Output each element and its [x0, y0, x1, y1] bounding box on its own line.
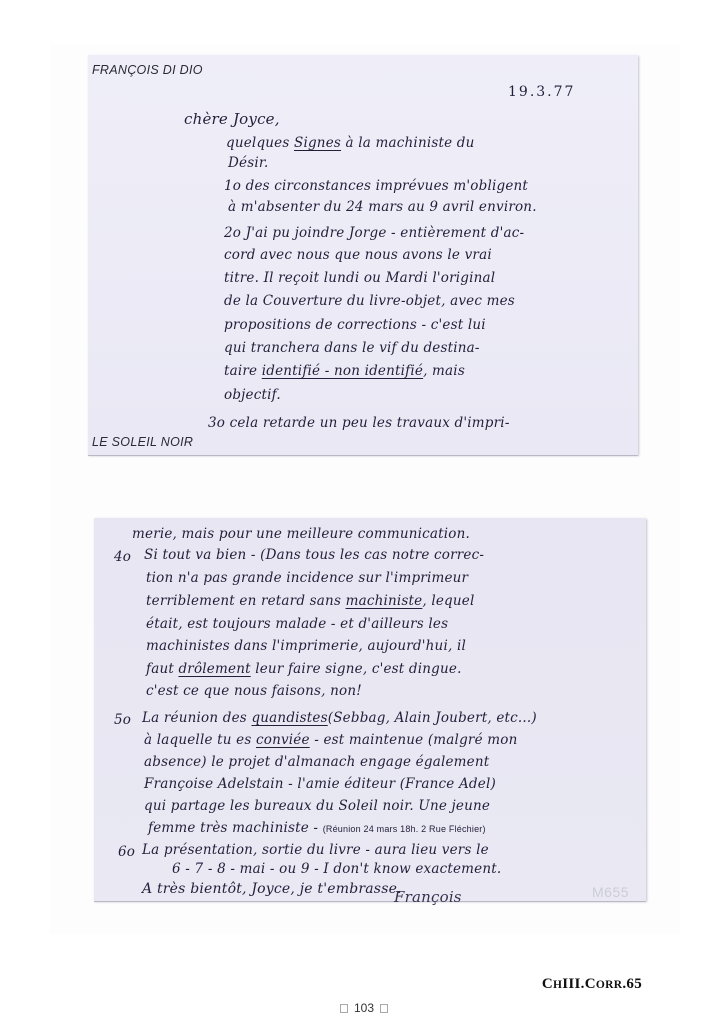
letter-line: La réunion des quandistes(Sebbag, Alain …	[142, 712, 537, 726]
item-number: 4o	[114, 551, 131, 565]
letter-line: qui partage les bureaux du Soleil noir. …	[144, 800, 490, 814]
underlined-word: conviée	[256, 732, 310, 748]
letter-line: Désir.	[228, 157, 269, 171]
letter-line: à m'absenter du 24 mars au 9 avril envir…	[228, 201, 537, 215]
letterhead-publisher: LE SOLEIL NOIR	[92, 435, 193, 449]
underlined-word: machiniste	[346, 593, 423, 609]
letter-line: 6 - 7 - 8 - mai - ou 9 - I don't know ex…	[172, 863, 501, 877]
letter-line: taire identifié - non identifié, mais	[224, 365, 465, 379]
meeting-note: (Réunion 24 mars 18h. 2 Rue Fléchier)	[323, 824, 486, 834]
letter-line: tion n'a pas grande incidence sur l'impr…	[146, 572, 468, 586]
signature: François	[394, 890, 462, 905]
letter-line: femme très machiniste - (Réunion 24 mars…	[148, 822, 486, 836]
letter-line: quelques Signes à la machiniste du	[226, 137, 475, 151]
letter-line: merie, mais pour une meilleure communica…	[132, 528, 470, 542]
letter-line: de la Couverture du livre-objet, avec me…	[224, 295, 515, 309]
underlined-word: Signes	[294, 135, 341, 151]
page-number: 103	[340, 1001, 388, 1015]
letter-line: faut drôlement leur faire signe, c'est d…	[146, 663, 462, 677]
closing-line: A très bientôt, Joyce, je t'embrasse.	[142, 882, 402, 896]
underlined-word: drôlement	[178, 661, 250, 677]
letter-line: absence) le projet d'almanach engage éga…	[144, 756, 489, 770]
letter-line: La présentation, sortie du livre - aura …	[142, 844, 489, 858]
item-number: 5o	[114, 714, 131, 728]
letter-line: Si tout va bien - (Dans tous les cas not…	[144, 549, 484, 563]
letter-line: titre. Il reçoit lundi ou Mardi l'origin…	[224, 272, 495, 286]
letter-line: à laquelle tu es conviée - est maintenue…	[144, 734, 517, 748]
letter-line: objectif.	[224, 389, 281, 403]
underlined-word: quandistes	[251, 710, 327, 726]
letter-line: 3o cela retarde un peu les travaux d'imp…	[208, 417, 510, 431]
letter-line: qui tranchera dans le vif du destina-	[224, 342, 480, 356]
letter-card-front: FRANÇOIS DI DIO 19.3.77 chère Joyce, que…	[88, 55, 638, 455]
item-number: 6o	[118, 846, 135, 860]
letter-line: machinistes dans l'imprimerie, aujourd'h…	[146, 640, 466, 654]
letterhead-sender: FRANÇOIS DI DIO	[92, 63, 203, 77]
underlined-phrase: identifié - non identifié	[262, 363, 423, 379]
page-number-value: 103	[354, 1001, 374, 1015]
letter-line: terriblement en retard sans machiniste, …	[146, 595, 475, 609]
salutation: chère Joyce,	[184, 112, 280, 127]
archive-mark: M655	[592, 884, 629, 900]
document-reference: CHIII.CORR.65	[542, 976, 642, 993]
letter-card-back: merie, mais pour une meilleure communica…	[94, 518, 646, 901]
letter-line: 2o J'ai pu joindre Jorge - entièrement d…	[224, 227, 524, 241]
letter-line: était, est toujours malade - et d'ailleu…	[146, 618, 448, 632]
letter-line: propositions de corrections - c'est lui	[224, 319, 486, 333]
letter-date: 19.3.77	[508, 85, 575, 99]
letter-line: c'est ce que nous faisons, non!	[146, 685, 362, 699]
letter-line: Françoise Adelstain - l'amie éditeur (Fr…	[144, 778, 496, 792]
box-glyph-icon	[380, 1004, 388, 1013]
letter-line: 1o des circonstances imprévues m'obligen…	[224, 180, 528, 194]
box-glyph-icon	[340, 1004, 348, 1013]
letter-line: cord avec nous que nous avons le vrai	[224, 249, 492, 263]
